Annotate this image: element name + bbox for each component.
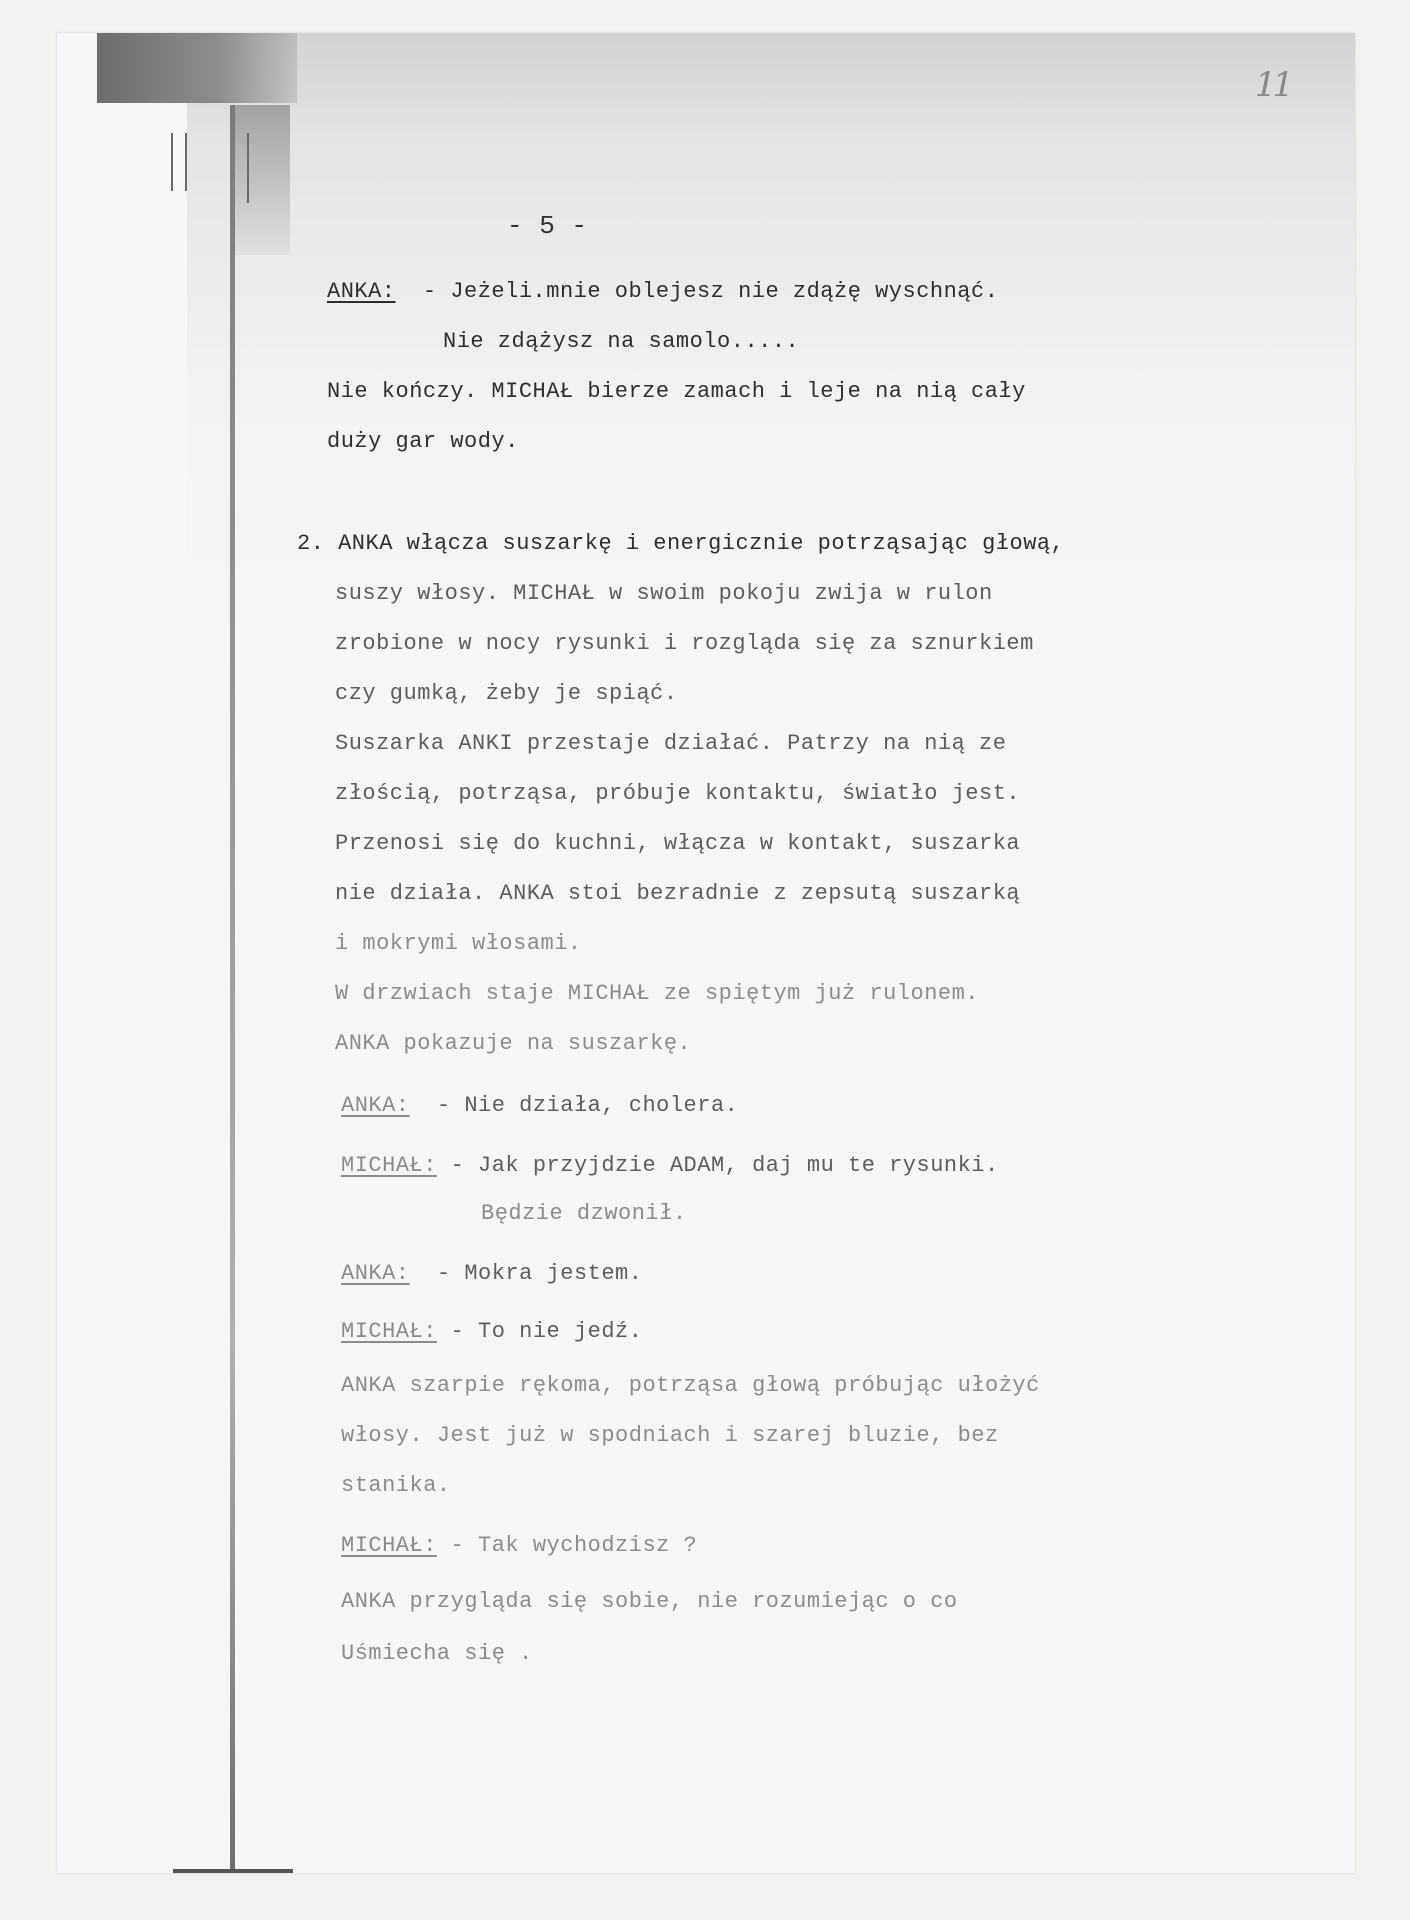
speaker-label: ANKA:: [327, 279, 396, 304]
dialogue-line: ANKA: - Jeżeli.mnie oblejesz nie zdążę w…: [327, 279, 998, 304]
dialogue-text: - Jeżeli.mnie oblejesz nie zdążę wyschną…: [423, 279, 999, 304]
speaker-label: MICHAŁ:: [341, 1319, 437, 1344]
stage-direction: Przenosi się do kuchni, włącza w kontakt…: [335, 831, 1020, 856]
dialogue-text: - Tak wychodzisz ?: [451, 1533, 698, 1558]
dialogue-line: ANKA: - Mokra jestem.: [341, 1261, 642, 1286]
stage-direction: ANKA szarpie rękoma, potrząsa głową prób…: [341, 1373, 1040, 1398]
dialogue-line: MICHAŁ: - To nie jedź.: [341, 1319, 642, 1344]
dialogue-continuation: Nie zdążysz na samolo.....: [443, 329, 799, 354]
dialogue-line: ANKA: - Nie działa, cholera.: [341, 1093, 738, 1118]
stage-direction: nie działa. ANKA stoi bezradnie z zepsut…: [335, 881, 1020, 906]
dialogue-continuation: Będzie dzwonił.: [481, 1201, 687, 1226]
speaker-label: ANKA:: [341, 1261, 410, 1286]
typescript-body: - 5 - ANKA: - Jeżeli.mnie oblejesz nie z…: [57, 33, 1355, 1873]
stage-direction: Nie kończy. MICHAŁ bierze zamach i leje …: [327, 379, 1026, 404]
dialogue-text: - Jak przyjdzie ADAM, daj mu te rysunki.: [451, 1153, 999, 1178]
typed-page-number: - 5 -: [507, 211, 588, 241]
stage-direction: ANKA przygląda się sobie, nie rozumiejąc…: [341, 1589, 958, 1614]
stage-direction: Suszarka ANKI przestaje działać. Patrzy …: [335, 731, 1006, 756]
stage-direction: złością, potrząsa, próbuje kontaktu, świ…: [335, 781, 1020, 806]
speaker-label: MICHAŁ:: [341, 1533, 437, 1558]
scene-heading-line: 2. ANKA włącza suszarkę i energicznie po…: [297, 531, 1064, 556]
stage-direction: i mokrymi włosami.: [335, 931, 582, 956]
document-page: 11 - 5 - ANKA: - Jeżeli.mnie oblejesz ni…: [57, 33, 1355, 1873]
stage-direction: czy gumką, żeby je spiąć.: [335, 681, 678, 706]
stage-direction: włosy. Jest już w spodniach i szarej blu…: [341, 1423, 999, 1448]
stage-direction: ANKA pokazuje na suszarkę.: [335, 1031, 691, 1056]
dialogue-text: - Nie działa, cholera.: [437, 1093, 738, 1118]
speaker-label: MICHAŁ:: [341, 1153, 437, 1178]
dialogue-line: MICHAŁ: - Tak wychodzisz ?: [341, 1533, 697, 1558]
stage-direction: suszy włosy. MICHAŁ w swoim pokoju zwija…: [335, 581, 993, 606]
stage-direction: stanika.: [341, 1473, 451, 1498]
dialogue-text: - Mokra jestem.: [437, 1261, 643, 1286]
dialogue-line: MICHAŁ: - Jak przyjdzie ADAM, daj mu te …: [341, 1153, 999, 1178]
stage-direction: Uśmiecha się .: [341, 1641, 533, 1666]
stage-direction: duży gar wody.: [327, 429, 519, 454]
stage-direction: zrobione w nocy rysunki i rozgląda się z…: [335, 631, 1034, 656]
stage-direction: W drzwiach staje MICHAŁ ze spiętym już r…: [335, 981, 979, 1006]
dialogue-text: - To nie jedź.: [451, 1319, 643, 1344]
speaker-label: ANKA:: [341, 1093, 410, 1118]
